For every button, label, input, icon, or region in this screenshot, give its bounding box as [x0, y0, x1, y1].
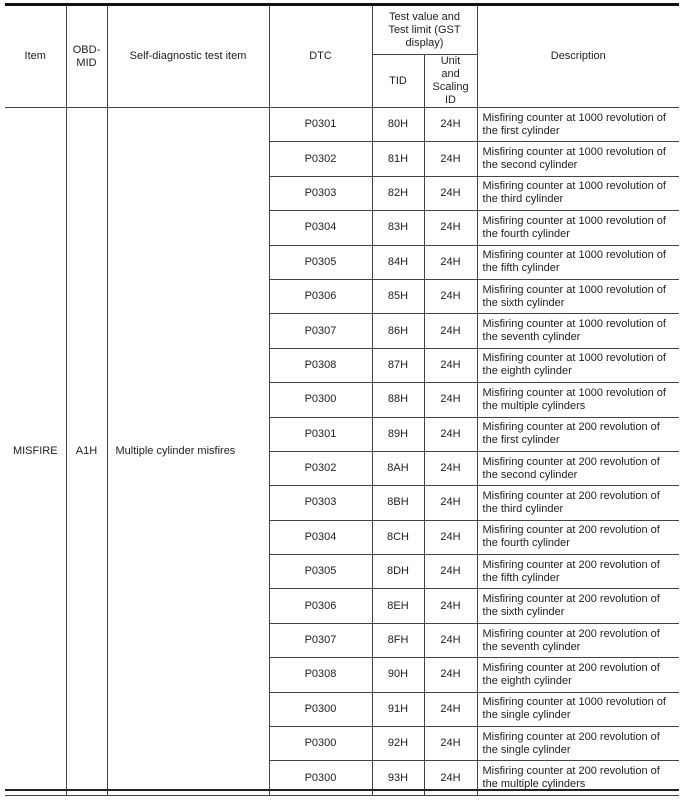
description-cell: Misfiring counter at 200 revolution of t… [477, 451, 679, 485]
header-tid: TID [372, 55, 424, 108]
header-item: Item [5, 6, 66, 108]
dtc-cell: P0301 [269, 417, 372, 451]
tid-cell: 89H [372, 417, 424, 451]
tid-cell: 8DH [372, 555, 424, 589]
description-cell: Misfiring counter at 1000 revolution of … [477, 314, 679, 348]
unit-scaling-cell: 24H [424, 451, 477, 485]
unit-scaling-cell: 24H [424, 348, 477, 382]
description-cell: Misfiring counter at 1000 revolution of … [477, 176, 679, 210]
tid-cell: 91H [372, 692, 424, 726]
dtc-cell: P0306 [269, 279, 372, 313]
dtc-cell: P0307 [269, 623, 372, 657]
dtc-cell: P0308 [269, 658, 372, 692]
description-cell: Misfiring counter at 200 revolution of t… [477, 727, 679, 761]
dtc-cell: P0301 [269, 108, 372, 142]
tid-cell: 8BH [372, 486, 424, 520]
tid-cell: 90H [372, 658, 424, 692]
header-row: Item OBD-MID Self-diagnostic test item D… [5, 6, 679, 55]
dtc-cell: P0303 [269, 176, 372, 210]
description-cell: Misfiring counter at 1000 revolution of … [477, 692, 679, 726]
description-cell: Misfiring counter at 1000 revolution of … [477, 142, 679, 176]
header-obd-mid-text: OBD-MID [73, 44, 101, 69]
tid-cell: 92H [372, 727, 424, 761]
header-unit-scaling: Unit and Scaling ID [424, 55, 477, 108]
header-obd-mid: OBD-MID [66, 6, 107, 108]
description-cell: Misfiring counter at 1000 revolution of … [477, 279, 679, 313]
unit-scaling-cell: 24H [424, 245, 477, 279]
description-cell: Misfiring counter at 200 revolution of t… [477, 658, 679, 692]
unit-scaling-cell: 24H [424, 142, 477, 176]
dtc-cell: P0300 [269, 692, 372, 726]
dtc-cell: P0306 [269, 589, 372, 623]
unit-scaling-cell: 24H [424, 279, 477, 313]
header-dtc: DTC [269, 6, 372, 108]
tid-cell: 82H [372, 176, 424, 210]
unit-scaling-cell: 24H [424, 555, 477, 589]
table-bottom-rule [5, 789, 679, 791]
unit-scaling-cell: 24H [424, 623, 477, 657]
tid-cell: 8EH [372, 589, 424, 623]
description-cell: Misfiring counter at 200 revolution of t… [477, 623, 679, 657]
self-diagnostic-cell: Multiple cylinder misfires [107, 108, 269, 796]
unit-scaling-cell: 24H [424, 108, 477, 142]
unit-scaling-cell: 24H [424, 211, 477, 245]
dtc-cell: P0305 [269, 555, 372, 589]
dtc-cell: P0304 [269, 211, 372, 245]
description-cell: Misfiring counter at 200 revolution of t… [477, 520, 679, 554]
dtc-table: Item OBD-MID Self-diagnostic test item D… [5, 6, 679, 796]
description-cell: Misfiring counter at 1000 revolution of … [477, 108, 679, 142]
description-cell: Misfiring counter at 1000 revolution of … [477, 383, 679, 417]
tid-cell: 88H [372, 383, 424, 417]
unit-scaling-cell: 24H [424, 486, 477, 520]
dtc-cell: P0305 [269, 245, 372, 279]
unit-scaling-cell: 24H [424, 692, 477, 726]
tid-cell: 8FH [372, 623, 424, 657]
dtc-cell: P0300 [269, 727, 372, 761]
tid-cell: 84H [372, 245, 424, 279]
description-cell: Misfiring counter at 200 revolution of t… [477, 589, 679, 623]
dtc-cell: P0302 [269, 142, 372, 176]
description-cell: Misfiring counter at 1000 revolution of … [477, 211, 679, 245]
unit-scaling-cell: 24H [424, 727, 477, 761]
header-test-value-group: Test value and Test limit (GST display) [372, 6, 477, 55]
header-description: Description [477, 6, 679, 108]
dtc-cell: P0308 [269, 348, 372, 382]
tid-cell: 83H [372, 211, 424, 245]
dtc-cell: P0304 [269, 520, 372, 554]
tid-cell: 86H [372, 314, 424, 348]
description-cell: Misfiring counter at 200 revolution of t… [477, 486, 679, 520]
description-cell: Misfiring counter at 1000 revolution of … [477, 348, 679, 382]
item-cell: MISFIRE [5, 108, 66, 796]
description-cell: Misfiring counter at 200 revolution of t… [477, 417, 679, 451]
obd-mid-cell: A1H [66, 108, 107, 796]
unit-scaling-cell: 24H [424, 176, 477, 210]
description-cell: Misfiring counter at 200 revolution of t… [477, 555, 679, 589]
tid-cell: 8AH [372, 451, 424, 485]
tid-cell: 8CH [372, 520, 424, 554]
tid-cell: 81H [372, 142, 424, 176]
dtc-cell: P0307 [269, 314, 372, 348]
unit-scaling-cell: 24H [424, 520, 477, 554]
description-cell: Misfiring counter at 1000 revolution of … [477, 245, 679, 279]
table-row: MISFIREA1HMultiple cylinder misfiresP030… [5, 108, 679, 142]
header-self-diagnostic: Self-diagnostic test item [107, 6, 269, 108]
unit-scaling-cell: 24H [424, 658, 477, 692]
obd-misfire-table: Item OBD-MID Self-diagnostic test item D… [5, 6, 679, 796]
unit-scaling-cell: 24H [424, 589, 477, 623]
tid-cell: 87H [372, 348, 424, 382]
unit-scaling-cell: 24H [424, 314, 477, 348]
unit-scaling-cell: 24H [424, 383, 477, 417]
dtc-cell: P0300 [269, 383, 372, 417]
unit-scaling-cell: 24H [424, 417, 477, 451]
dtc-cell: P0302 [269, 451, 372, 485]
dtc-cell: P0303 [269, 486, 372, 520]
tid-cell: 80H [372, 108, 424, 142]
tid-cell: 85H [372, 279, 424, 313]
